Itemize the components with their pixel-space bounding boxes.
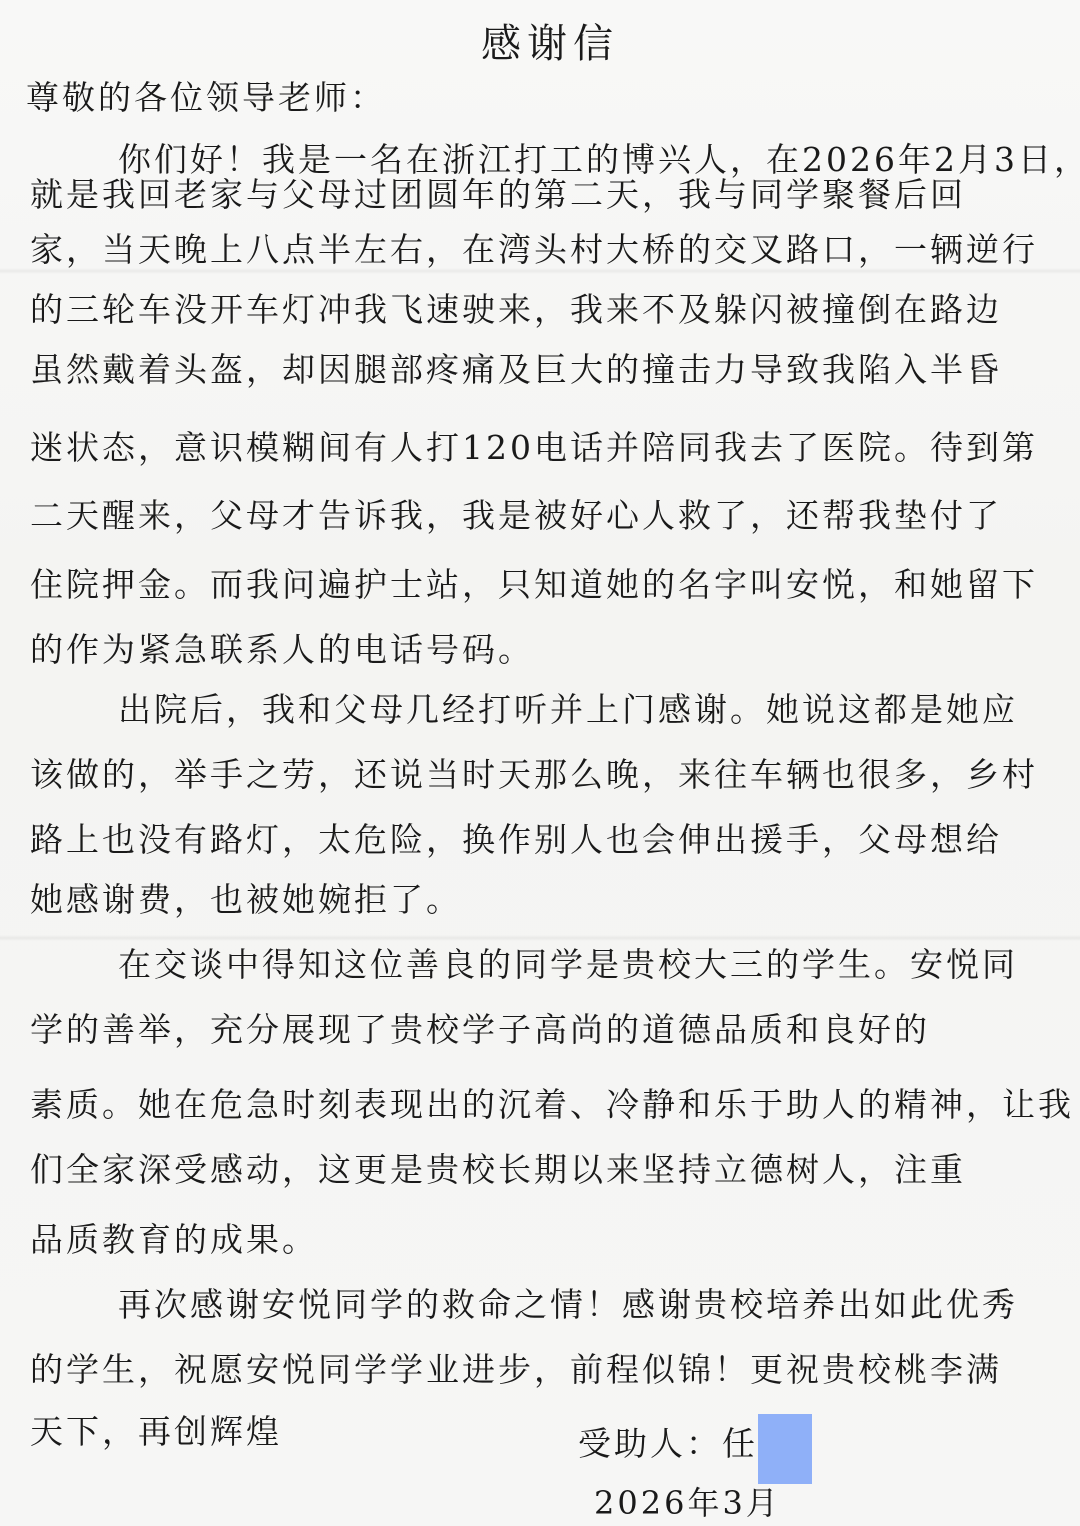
letter-line: 们全家深受感动，这更是贵校长期以来坚持立德树人，注重 [30,1150,1080,1190]
letter-title: 感谢信 [0,12,1080,69]
letter-line: 在交谈中得知这位善良的同学是贵校大三的学生。安悦同 [30,945,1080,985]
letter-line: 出院后，我和父母几经打听并上门感谢。她说这都是她应 [30,690,1080,730]
salutation: 尊敬的各位领导老师： [26,78,1076,118]
letter-line: 该做的，举手之劳，还说当时天那么晚，来往车辆也很多，乡村 [30,755,1080,795]
letter-line: 的作为紧急联系人的电话号码。 [30,630,1080,670]
letter-line: 就是我回老家与父母过团圆年的第二天，我与同学聚餐后回 [30,175,1080,215]
letter-line: 素质。她在危急时刻表现出的沉着、冷静和乐于助人的精神，让我 [30,1085,1080,1125]
signature-date: 2026年3月 [594,1478,781,1524]
letter-line: 学的善举，充分展现了贵校学子高尚的道德品质和良好的 [30,1010,1080,1050]
letter-line: 品质教育的成果。 [30,1220,1080,1260]
letter-line: 虽然戴着头盔，却因腿部疼痛及巨大的撞击力导致我陷入半昏 [30,350,1080,390]
letter-line: 的学生，祝愿安悦同学学业进步，前程似锦！更祝贵校桃李满 [30,1350,1080,1390]
letter-page: 感谢信 尊敬的各位领导老师： 你们好！我是一名在浙江打工的博兴人，在2026年2… [0,0,1080,1526]
signature: 受助人：任 [578,1418,758,1465]
letter-line: 二天醒来，父母才告诉我，我是被好心人救了，还帮我垫付了 [30,496,1080,536]
letter-line: 再次感谢安悦同学的救命之情！感谢贵校培养出如此优秀 [30,1285,1080,1325]
letter-line: 她感谢费，也被她婉拒了。 [30,880,1080,920]
letter-line: 的三轮车没开车灯冲我飞速驶来，我来不及躲闪被撞倒在路边 [30,290,1080,330]
letter-line: 家，当天晚上八点半左右，在湾头村大桥的交叉路口，一辆逆行 [30,230,1080,270]
redaction-box [758,1414,812,1484]
letter-line: 迷状态，意识模糊间有人打120电话并陪同我去了医院。待到第 [30,428,1080,468]
letter-line: 住院押金。而我问遍护士站，只知道她的名字叫安悦，和她留下 [30,565,1080,605]
letter-line: 你们好！我是一名在浙江打工的博兴人，在2026年2月3日，也 [30,140,1080,180]
letter-line: 天下，再创辉煌 [30,1412,1080,1452]
letter-line: 路上也没有路灯，太危险，换作别人也会伸出援手，父母想给 [30,820,1080,860]
paper-fold [0,935,1080,941]
